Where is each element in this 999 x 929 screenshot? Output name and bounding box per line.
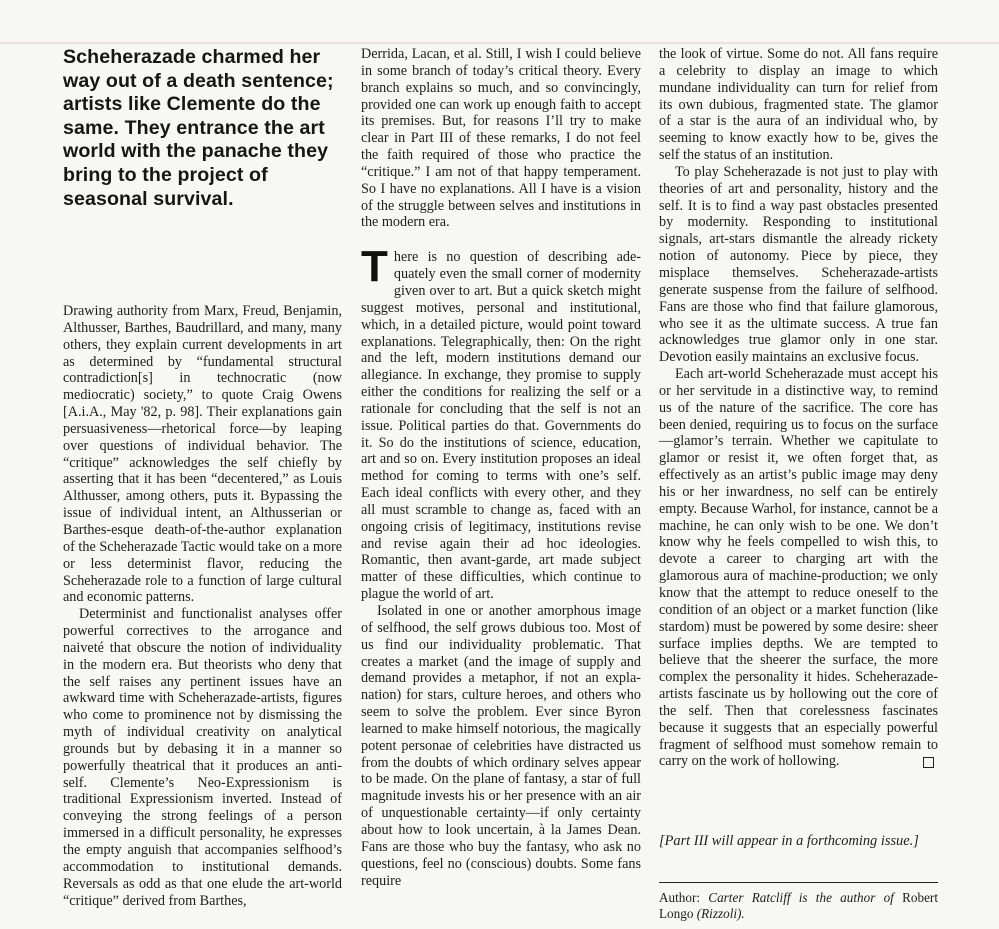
paragraph: Drawing authority from Marx, Freud, Benj… <box>63 303 342 606</box>
paragraph: Isolated in one or another amorphous ima… <box>361 603 641 889</box>
drop-cap: T <box>361 252 388 284</box>
column-left: Drawing authority from Marx, Freud, Benj… <box>63 303 342 909</box>
paragraph-final: Each art-world Scheherazade must accept … <box>659 366 938 770</box>
section-break <box>361 231 641 249</box>
publisher: (Rizzoli). <box>697 906 745 921</box>
column-right: the look of virtue. Some do not. All fan… <box>659 46 938 770</box>
paragraph: Derrida, Lacan, et al. Still, I wish I c… <box>361 46 641 231</box>
paragraph: the look of virtue. Some do not. All fan… <box>659 46 938 164</box>
top-rule <box>0 42 999 44</box>
column-middle: Derrida, Lacan, et al. Still, I wish I c… <box>361 46 641 889</box>
paragraph: To play Scheherazade is not just to play… <box>659 164 938 366</box>
paragraph-text: here is no question of describing ade­qu… <box>361 249 641 602</box>
paragraph-text: Each art-world Scheherazade must accept … <box>659 366 938 769</box>
paragraph: Determinist and functionalist analyses o… <box>63 606 342 909</box>
dropcap-paragraph: There is no question of describing ade­q… <box>361 249 641 603</box>
author-bio: Author: Carter Ratcliff is the author of… <box>659 890 938 922</box>
author-divider <box>659 882 938 883</box>
square-end-mark-icon <box>923 757 934 768</box>
continuation-note: [Part III will appear in a forthcoming i… <box>659 833 944 850</box>
author-label: Author: <box>659 890 708 905</box>
pull-quote: Scheherazade charmed her way out of a de… <box>63 46 335 211</box>
author-bio-italic: Carter Ratcliff is the author of <box>708 890 894 905</box>
